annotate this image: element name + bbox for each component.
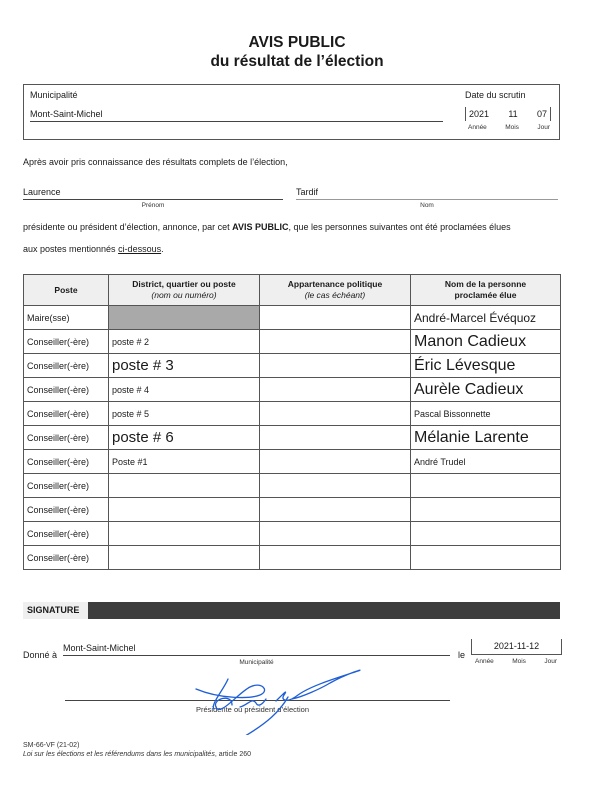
avis-public-bold: AVIS PUBLIC (232, 222, 288, 232)
table-row: Conseiller(-ère) poste # 5 Pascal Bisson… (24, 402, 561, 426)
cell-name[interactable]: André-Marcel Évéquoz (411, 306, 561, 330)
document-title: AVIS PUBLIC (0, 33, 594, 52)
cell-poste: Conseiller(-ère) (24, 546, 109, 570)
header-poste: Poste (24, 275, 109, 306)
results-table: Poste District, quartier ou poste(nom ou… (23, 274, 561, 570)
cell-name[interactable]: Aurèle Cadieux (411, 378, 561, 402)
cell-name[interactable]: André Trudel (411, 450, 561, 474)
table-row: Conseiller(-ère) poste # 3 Éric Lévesque (24, 354, 561, 378)
cell-party[interactable] (260, 498, 411, 522)
cell-district[interactable]: poste # 2 (109, 330, 260, 354)
table-row: Conseiller(-ère) (24, 522, 561, 546)
signature-date-value: 2021-11-12 (494, 641, 539, 651)
given-at-field[interactable]: Mont-Saint-Michel (63, 643, 450, 656)
table-row: Conseiller(-ère) poste # 4 Aurèle Cadieu… (24, 378, 561, 402)
cell-district[interactable]: poste # 3 (109, 354, 260, 378)
announcement-line1: présidente ou président d’élection, anno… (23, 222, 511, 232)
announcement-line2: aux postes mentionnés ci-dessous. (23, 244, 164, 254)
cell-name[interactable]: Pascal Bissonnette (411, 402, 561, 426)
date-day: 07 (537, 109, 547, 119)
date-scrutin-label: Date du scrutin (465, 90, 526, 100)
cell-party[interactable] (260, 474, 411, 498)
cell-party[interactable] (260, 378, 411, 402)
cell-district[interactable]: Poste #1 (109, 450, 260, 474)
cell-party[interactable] (260, 354, 411, 378)
document-subtitle: du résultat de l’élection (0, 52, 594, 71)
cell-party[interactable] (260, 522, 411, 546)
date-month: 11 (508, 109, 517, 119)
first-name-value: Laurence (23, 187, 61, 197)
cell-poste: Conseiller(-ère) (24, 330, 109, 354)
table-row: Conseiller(-ère) (24, 474, 561, 498)
cell-district[interactable]: poste # 5 (109, 402, 260, 426)
cell-party[interactable] (260, 402, 411, 426)
first-name-field[interactable]: Laurence (23, 187, 283, 200)
handwritten-signature (180, 665, 370, 735)
signature-section-bar (88, 602, 560, 619)
cell-name[interactable] (411, 546, 561, 570)
table-row: Conseiller(-ère) poste # 6 Mélanie Laren… (24, 426, 561, 450)
cell-poste: Conseiller(-ère) (24, 498, 109, 522)
cell-poste: Conseiller(-ère) (24, 378, 109, 402)
cell-poste: Conseiller(-ère) (24, 426, 109, 450)
law-reference: Loi sur les élections et les référendums… (23, 751, 251, 758)
table-row: Conseiller(-ère) (24, 498, 561, 522)
header-name: Nom de la personneproclamée élue (411, 275, 561, 306)
signature-date-sublabels: Année Mois Jour (475, 658, 557, 665)
cell-poste: Maire(sse) (24, 306, 109, 330)
municipality-field[interactable]: Mont-Saint-Michel (30, 109, 443, 122)
cell-party[interactable] (260, 426, 411, 450)
date-scrutin-field[interactable]: 2021 11 07 (465, 107, 551, 121)
cell-district[interactable] (109, 474, 260, 498)
last-name-value: Tardif (296, 187, 318, 197)
form-code: SM-66-VF (21-02) (23, 742, 79, 749)
cell-district[interactable] (109, 522, 260, 546)
table-header-row: Poste District, quartier ou poste(nom ou… (24, 275, 561, 306)
given-at-label: Donné à (23, 650, 57, 660)
cell-name[interactable]: Mélanie Larente (411, 426, 561, 450)
cell-district[interactable]: poste # 4 (109, 378, 260, 402)
cell-poste: Conseiller(-ère) (24, 522, 109, 546)
header-district: District, quartier ou poste(nom ou numér… (109, 275, 260, 306)
signature-date-field[interactable]: 2021-11-12 (471, 639, 562, 655)
cell-poste: Conseiller(-ère) (24, 474, 109, 498)
cell-party[interactable] (260, 306, 411, 330)
table-row: Conseiller(-ère) poste # 2 Manon Cadieux (24, 330, 561, 354)
cell-party[interactable] (260, 450, 411, 474)
cell-party[interactable] (260, 330, 411, 354)
cell-district-shaded (109, 306, 260, 330)
date-scrutin-sublabels: Année Mois Jour (468, 124, 550, 131)
cell-name[interactable] (411, 498, 561, 522)
table-row: Conseiller(-ère) (24, 546, 561, 570)
last-name-label: Nom (296, 202, 558, 209)
intro-sentence: Après avoir pris connaissance des résult… (23, 157, 288, 167)
table-row: Maire(sse) André-Marcel Évéquoz (24, 306, 561, 330)
signature-section-label: SIGNATURE (23, 602, 88, 619)
cell-district[interactable] (109, 498, 260, 522)
date-year: 2021 (469, 109, 489, 119)
cell-district[interactable]: poste # 6 (109, 426, 260, 450)
municipality-value: Mont-Saint-Michel (30, 109, 103, 119)
cell-party[interactable] (260, 546, 411, 570)
cell-poste: Conseiller(-ère) (24, 402, 109, 426)
le-label: le (458, 650, 465, 660)
cell-name[interactable]: Manon Cadieux (411, 330, 561, 354)
given-at-value: Mont-Saint-Michel (63, 643, 136, 653)
table-row: Conseiller(-ère) Poste #1 André Trudel (24, 450, 561, 474)
cell-poste: Conseiller(-ère) (24, 354, 109, 378)
first-name-label: Prénom (23, 202, 283, 209)
municipality-label: Municipalité (30, 90, 78, 100)
cell-name[interactable] (411, 474, 561, 498)
cell-name[interactable] (411, 522, 561, 546)
cell-name[interactable]: Éric Lévesque (411, 354, 561, 378)
ci-dessous-underlined: ci-dessous (118, 244, 161, 254)
last-name-field[interactable]: Tardif (296, 187, 558, 200)
cell-district[interactable] (109, 546, 260, 570)
header-party: Appartenance politique(le cas échéant) (260, 275, 411, 306)
cell-poste: Conseiller(-ère) (24, 450, 109, 474)
